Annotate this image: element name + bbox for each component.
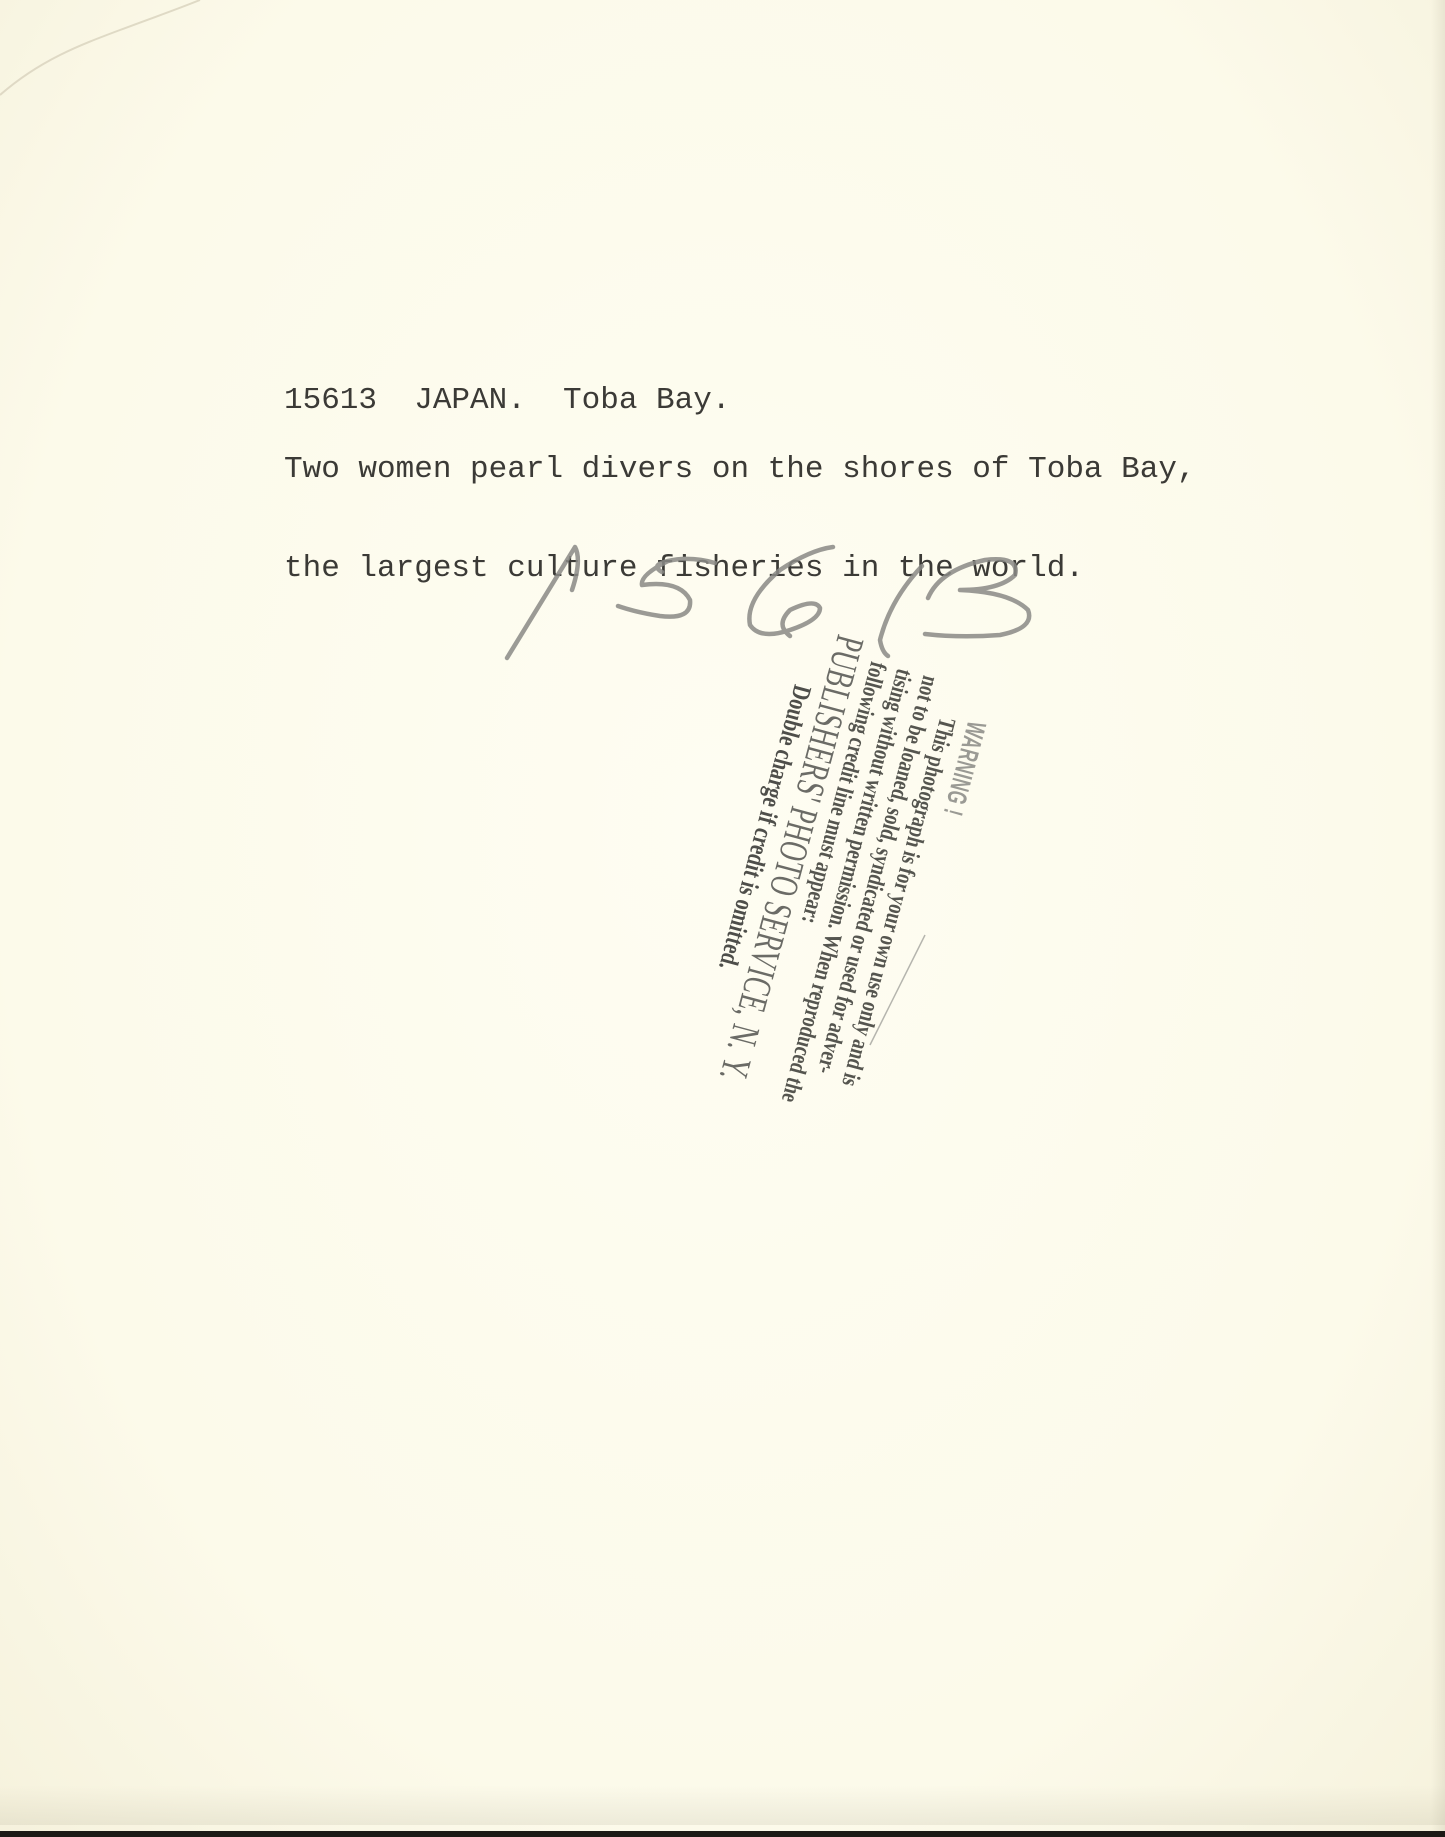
photo-back-paper: 15613 JAPAN. Toba Bay. Two women pearl d… (0, 0, 1445, 1831)
scan-bottom-border (0, 1831, 1445, 1837)
handwritten-number (0, 0, 1445, 1837)
